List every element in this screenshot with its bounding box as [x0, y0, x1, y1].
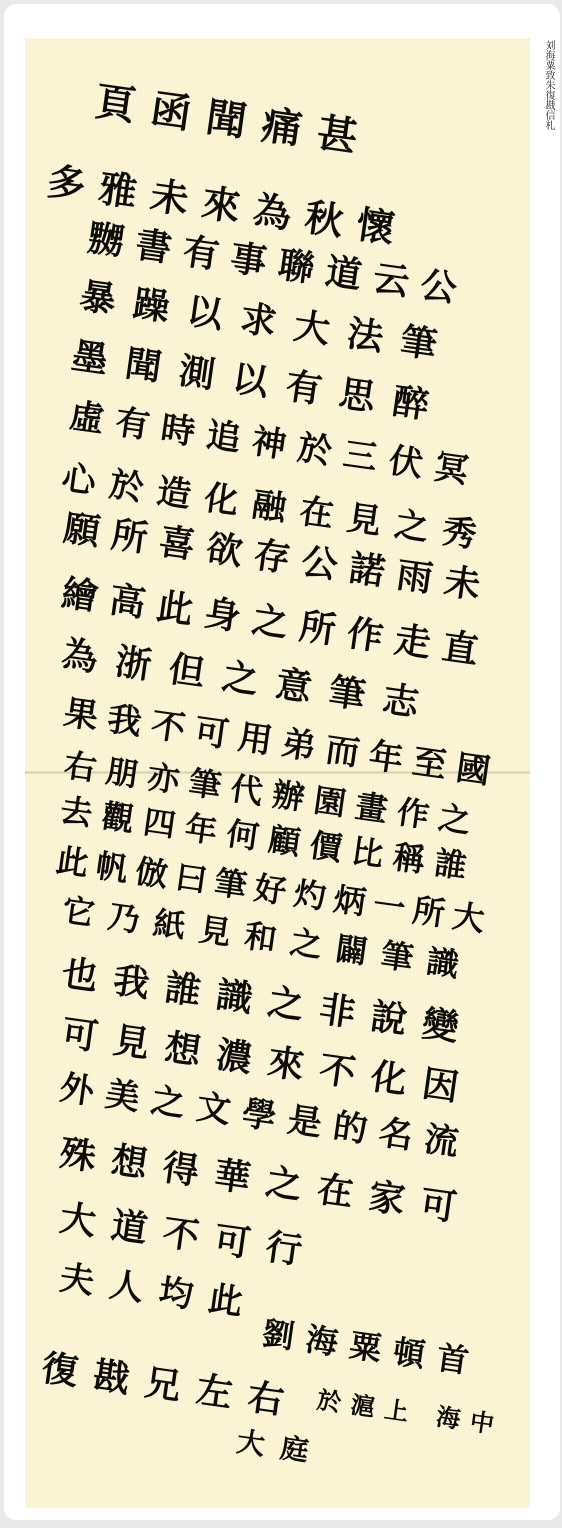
image-caption: 刘海粟致朱復戡信札 [540, 40, 556, 150]
